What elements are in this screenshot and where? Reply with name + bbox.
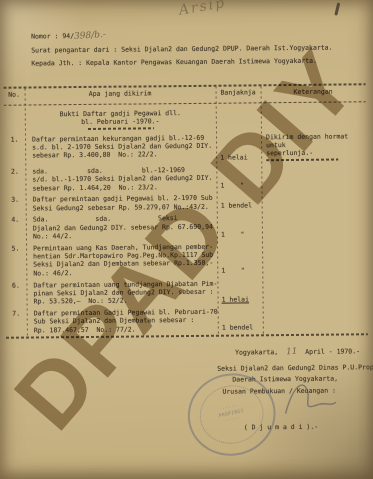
col-header-remark: Keterangan [261,87,366,96]
row-quantity-text: 1 " [221,267,245,276]
row-remark [263,306,368,332]
row-remark [261,164,366,190]
table-row: 6. Daftar permintaan uang tundjangan Dja… [5,278,367,306]
pen-mark [334,2,340,15]
row-item-description: Permintaan uang Kas Daerah, Tundjangan p… [26,243,217,278]
row-quantity-text: 1 bendel [222,323,253,332]
row-quantity-text: 1 helai [222,295,249,304]
row-quantity: 1 bendel [218,307,263,332]
row-remark-text: Dikirim dengan hormat untuk seperlunja.- [266,132,366,158]
document-content: Arsip Nomor : 94/ 398/b.- Surat penganta… [0,0,373,479]
row-item-description: Daftar permintaan Gadji Pegawai bl. Pebr… [27,308,218,335]
row-quantity: 1 " [217,214,262,239]
row-quantity: 1 " [216,165,261,190]
row-item-description: Sda. sda. Seksi Djalan2 dan Gedung2 DIY.… [26,214,217,241]
handwritten-signature [279,377,341,422]
date-line: Yogyakarta, 11 April - 1970.- [235,347,360,356]
remark-underline [266,159,338,162]
section-title-underline [87,127,153,130]
row-number: 4. [5,216,26,241]
row-item-description: Daftar permintaan kekurangan gadji bl.-1… [25,133,216,164]
row-number: 2. [4,168,25,193]
recipient-line: Kepada Jth. : Kepala Kantor Pengawas Keu… [31,56,361,73]
row-remark [262,241,367,275]
row-item-description: sda. sda. bl.-12-1969 s/d. bl.-1-1970 Se… [25,166,216,193]
col-header-no: No. [4,91,25,99]
signer-name: ( D j u m a d i ).- [244,423,318,432]
letter-head: Nomor : 94/ 398/b.- Surat pengantar dari… [31,29,361,73]
nomor-handwritten-number: 398/b.- [74,31,106,41]
row-quantity: 1 bendel [217,194,262,211]
row-item-description: Daftar permintaan gadji Pegawai bl. 2-19… [26,194,217,212]
row-remark [262,213,367,239]
section-title-line2: bl. Pebruari -1970.- [25,117,216,127]
org-line1: Seksi Djalan2 dan Gedung2 Dinas P.U.Prop… [217,363,373,373]
row-number: 1. [4,135,25,164]
row-quantity: 1 " [217,242,262,276]
date-typed: April - 1970.- [305,347,360,356]
row-number: 3. [5,196,26,213]
table-row: 3. Daftar permintaan gadji Pegawai bl. 2… [5,193,367,213]
row-number: 7. [6,309,27,334]
row-quantity-text: 1 " [220,182,244,191]
row-quantity-text: 1 " [221,230,245,239]
row-quantity: 1 helai [216,133,261,162]
table-row: 4. Sda. sda. Seksi Djalan2 dan Gedung2 D… [5,213,367,241]
row-quantity-text: 1 helai [220,153,247,162]
scanned-document-page: Arsip Nomor : 94/ 398/b.- Surat penganta… [0,0,373,479]
row-number: 5. [5,244,26,277]
row-number: 6. [5,281,26,306]
row-remark [262,193,367,211]
nomor-label: Nomor : 94/ [31,32,74,40]
shipment-table: No. Apa jang dikirim Banjaknja Keteranga… [4,83,368,340]
stamp-inner-text: ····· PROPINSI ····· [194,379,269,450]
table-row: 7. Daftar permintaan Gadji Pegawai bl. P… [6,306,368,334]
handwritten-date: 11 [286,348,298,357]
row-remark: Dikirim dengan hormat untuk seperlunja.- [261,132,366,162]
row-item-description: Daftar permintaan uang tundjangan Djabat… [26,279,217,306]
col-header-item: Apa jang dikirim [25,89,216,99]
table-header-row: No. Apa jang dikirim Banjaknja Keteranga… [4,87,366,99]
row-quantity-text: 1 bendel [221,202,252,211]
table-row: 1. Daftar permintaan kekurangan gadji bl… [4,132,366,164]
table-row: 2. sda. sda. bl.-12-1969 s/d. bl.-1-1970… [4,164,366,192]
row-remark [262,278,367,304]
handwritten-arsip-note: Arsip [178,0,226,15]
table-body: Bukti Daftar gadji Pegawai dll. bl. Pebr… [4,107,368,338]
col-header-qty: Banjaknja [216,88,261,97]
table-row: 5. Permintaan uang Kas Daerah, Tundjanga… [5,241,367,278]
table-header-rule [4,101,366,105]
row-quantity: 1 helai [217,279,262,304]
table-section-heading: Bukti Daftar gadji Pegawai dll. bl. Pebr… [25,109,216,130]
city-label: Yogyakarta, [235,348,278,356]
